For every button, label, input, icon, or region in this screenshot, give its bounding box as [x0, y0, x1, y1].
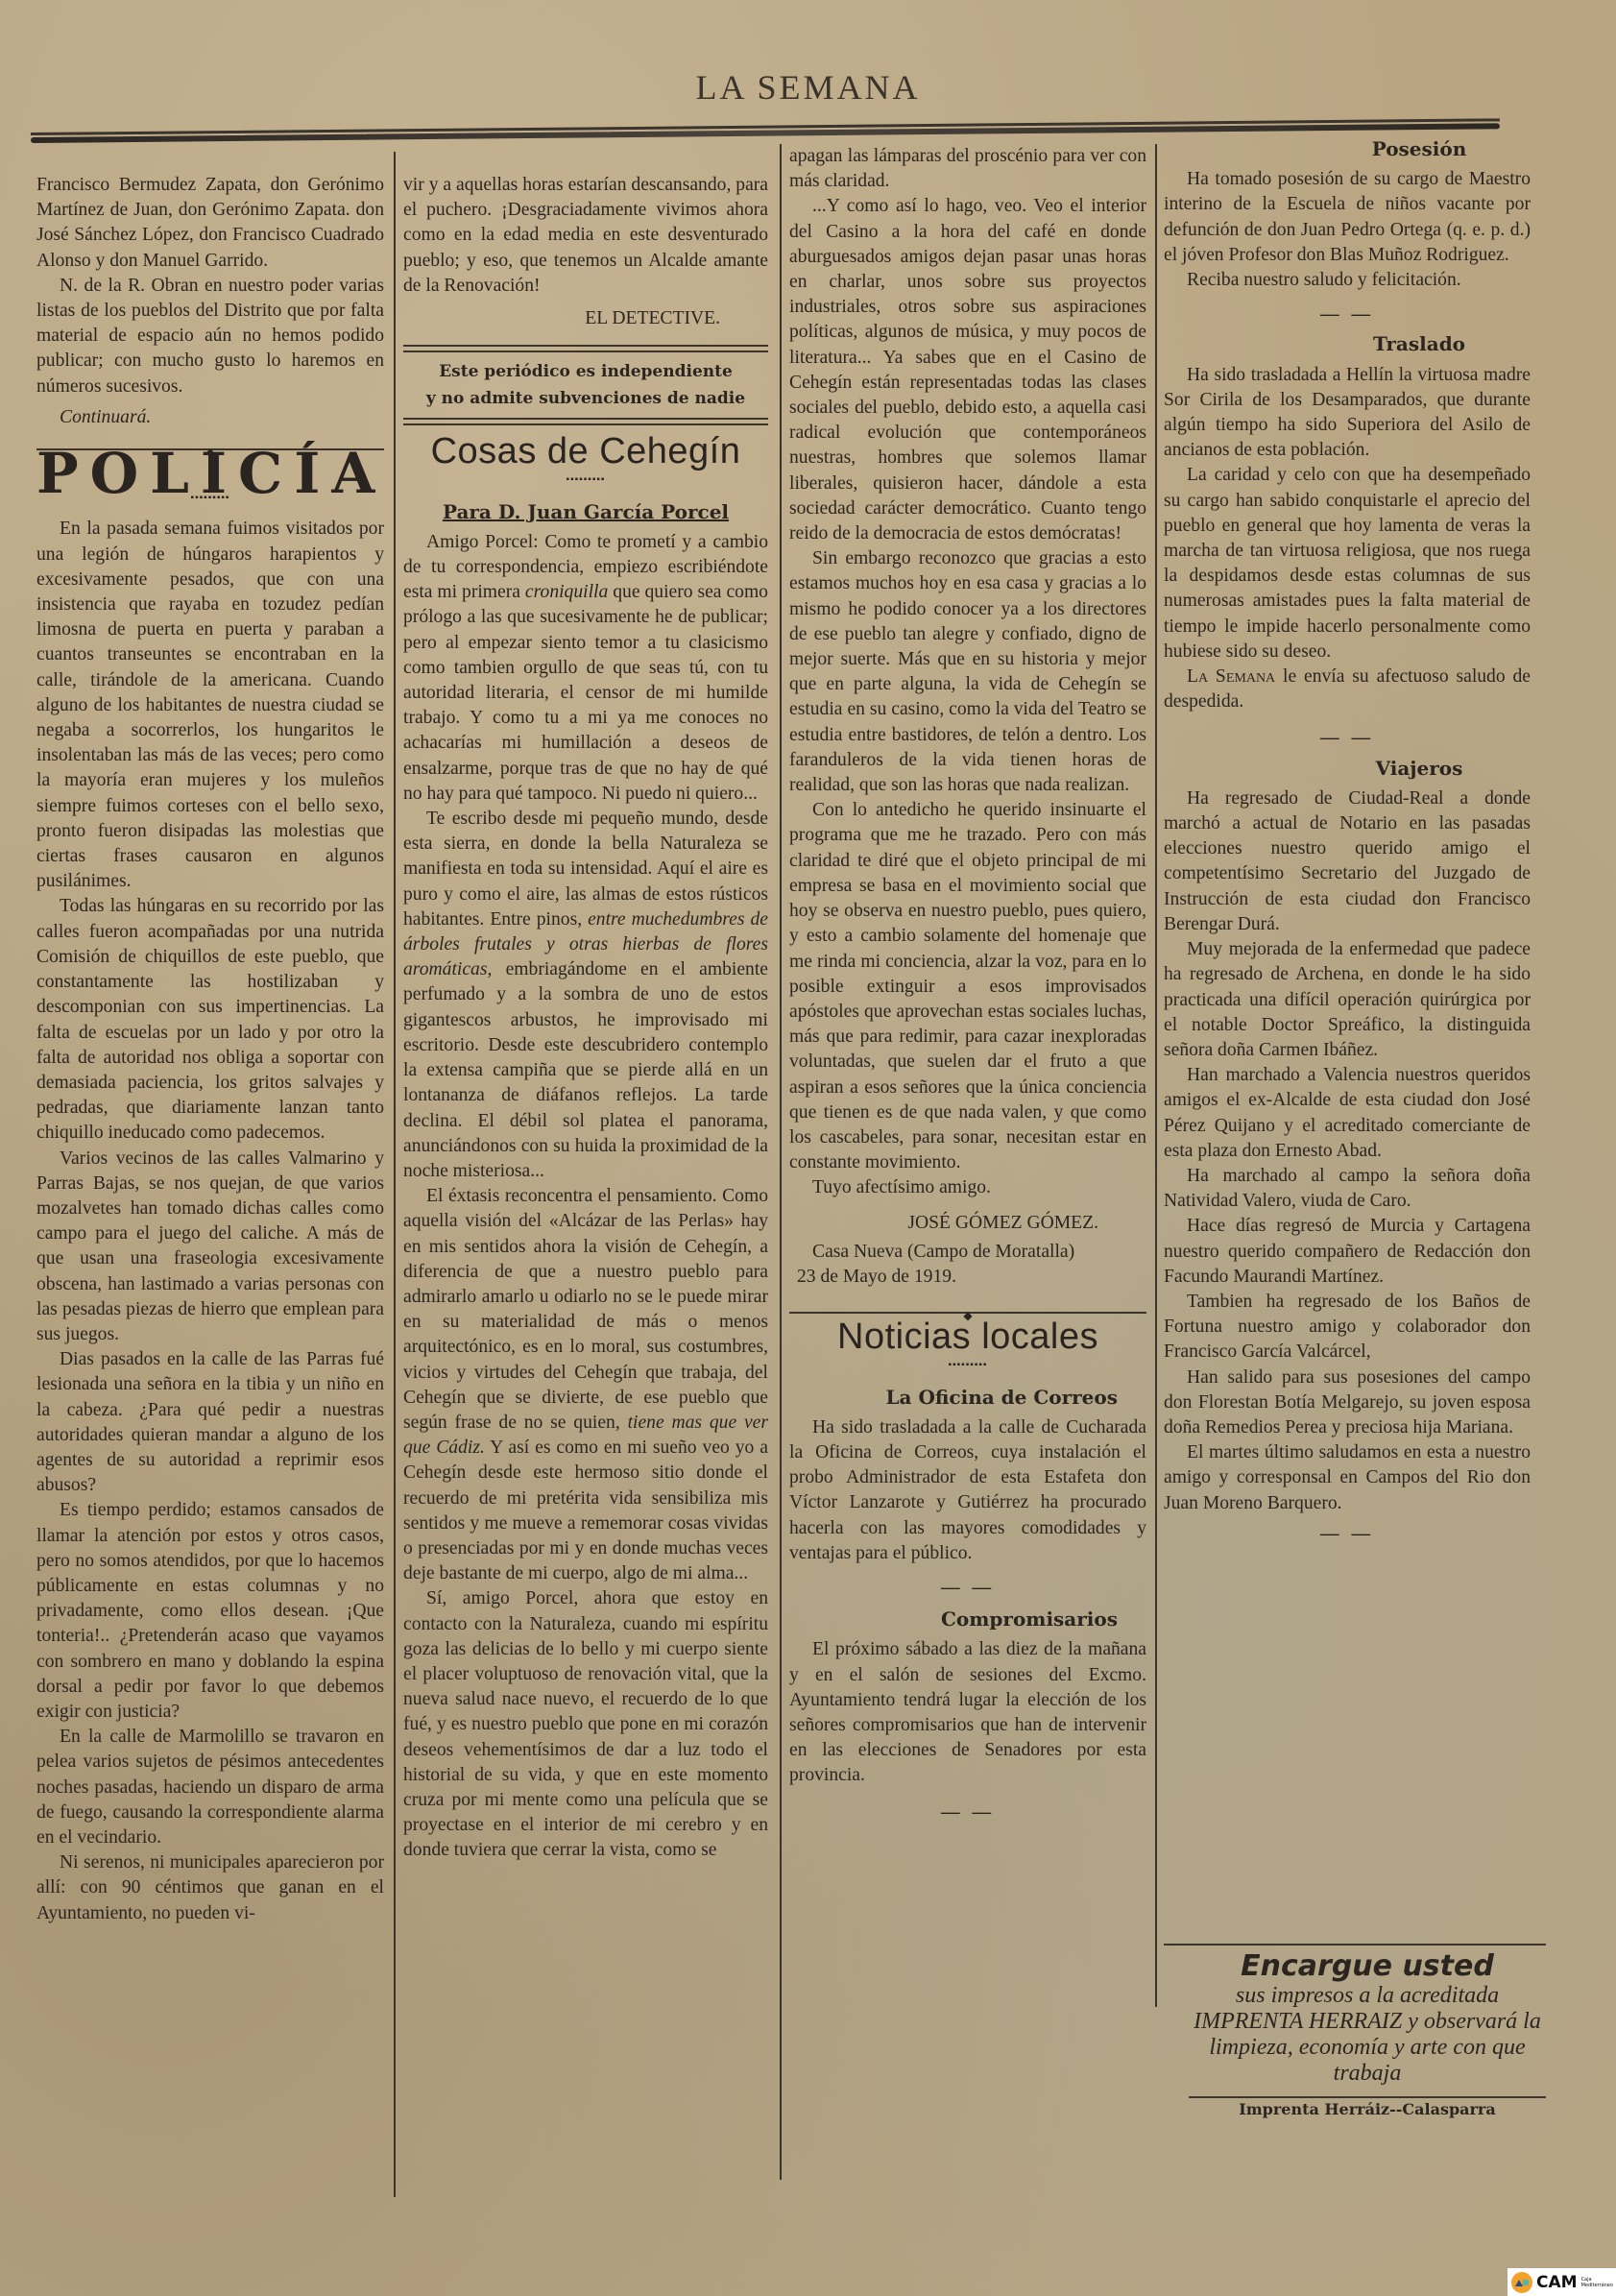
cam-subtitle: Caja Mediterráneo [1581, 2277, 1613, 2288]
masthead-title: LA SEMANA [0, 67, 1616, 108]
article-paragraph: El éxtasis reconcentra el pensamiento. C… [403, 1184, 768, 1586]
dateline-date: 23 de Mayo de 1919. [789, 1265, 1146, 1290]
closing-line: Tuyo afectísimo amigo. [789, 1175, 1146, 1200]
editor-note: N. de la R. Obran en nuestro poder varia… [36, 274, 384, 399]
separator: — — [1164, 1522, 1531, 1547]
separator: — — [789, 1801, 1146, 1825]
news-paragraph: Han salido para sus posesiones del campo… [1164, 1366, 1531, 1441]
cam-logo-icon [1511, 2272, 1532, 2293]
article-paragraph: Con lo antedicho he querido insinuarte e… [789, 798, 1146, 1175]
column-2: vir y a aquellas horas estarían descansa… [403, 173, 768, 1864]
subheading-posesion: Posesión [1164, 136, 1531, 161]
news-paragraph: Ha regresado de Ciudad-Real a donde marc… [1164, 786, 1531, 937]
dateline-place: Casa Nueva (Campo de Moratalla) [789, 1240, 1146, 1265]
title-dots: ▪▪▪▪▪▪▪▪▪ [403, 468, 768, 493]
article-paragraph: Varios vecinos de las calles Valmarino y… [36, 1147, 384, 1348]
independence-notice: Este periódico es independiente y no adm… [403, 352, 768, 418]
article-paragraph: Todas las húngaras en su recorrido por l… [36, 894, 384, 1146]
subheading-compromisarios: Compromisarios [789, 1607, 1146, 1631]
separator: — — [789, 1576, 1146, 1601]
article-paragraph: En la calle de Marmolillo se travaron en… [36, 1725, 384, 1850]
column-rule-3 [1155, 144, 1157, 2007]
news-paragraph: Reciba nuestro saludo y felicitación. [1164, 268, 1531, 293]
article-paragraph: Te escribo desde mi pequeño mundo, desde… [403, 807, 768, 1184]
news-paragraph: Tambien ha regresado de los Baños de For… [1164, 1290, 1531, 1366]
article-paragraph: ...Y como así lo hago, veo. Veo el inter… [789, 194, 1146, 546]
news-paragraph: Ha marchado al campo la señora doña Nati… [1164, 1164, 1531, 1214]
article-paragraph: Amigo Porcel: Como te prometí y a cambio… [403, 530, 768, 807]
printing-house-advertisement: Encargue usted sus impresos a la acredit… [1189, 1949, 1546, 2118]
news-paragraph: La caridad y celo con que ha desempeñado… [1164, 463, 1531, 665]
article-paragraph: Sin embargo reconozco que gracias a esto… [789, 546, 1146, 798]
newspaper-name: La Semana [1187, 666, 1275, 687]
article-paragraph: vir y a aquellas horas estarían descansa… [403, 173, 768, 299]
article-paragraph: En la pasada semana fuimos visitados por… [36, 517, 384, 894]
cam-brand: CAM [1536, 2273, 1578, 2292]
article-paragraph: Dias pasados en la calle de las Parras f… [36, 1347, 384, 1498]
news-paragraph: Hace días regresó de Murcia y Cartagena … [1164, 1214, 1531, 1290]
column-3: apagan las lámparas del proscénio para v… [789, 144, 1146, 1829]
news-paragraph: Ha tomado posesión de su cargo de Maestr… [1164, 167, 1531, 268]
news-paragraph: Ha sido trasladada a Hellín la virtuosa … [1164, 363, 1531, 464]
news-paragraph: El martes último saludamos en esta a nue… [1164, 1440, 1531, 1516]
ad-body: sus impresos a la acreditada IMPRENTA HE… [1189, 1983, 1546, 2087]
article-paragraph: Ni serenos, ni municipales aparecieron p… [36, 1850, 384, 1926]
column-1: Francisco Bermudez Zapata, don Gerónimo … [36, 173, 384, 1926]
column-rule-1 [394, 152, 396, 2197]
separator: — — [1164, 726, 1531, 751]
subheading-traslado: Traslado [1164, 331, 1531, 356]
author-signature: JOSÉ GÓMEZ GÓMEZ. [789, 1211, 1146, 1236]
double-rule [403, 345, 768, 352]
ornament-divider [36, 444, 384, 455]
news-paragraph: El próximo sábado a las diez de la mañan… [789, 1637, 1146, 1788]
article-paragraph: Sí, amigo Porcel, ahora que estoy en con… [403, 1586, 768, 1863]
news-paragraph: La Semana le envía su afectuoso saludo d… [1164, 665, 1531, 714]
news-paragraph: Ha sido trasladada a la calle de Cuchara… [789, 1415, 1146, 1566]
column-4: Posesión Ha tomado posesión de su cargo … [1164, 133, 1531, 1551]
subheading-correos: La Oficina de Correos [789, 1385, 1146, 1410]
separator: — — [1164, 302, 1531, 327]
ad-footer: Imprenta Herráiz--Calasparra [1189, 2096, 1546, 2118]
news-paragraph: Han marchado a Valencia nuestros querido… [1164, 1063, 1531, 1164]
candidates-list-end: Francisco Bermudez Zapata, don Gerónimo … [36, 173, 384, 274]
article-paragraph: Es tiempo perdido; estamos cansados de l… [36, 1498, 384, 1725]
section-title-cosas-de-cehegin: Cosas de Cehegín [403, 439, 768, 464]
author-signature: EL DETECTIVE. [403, 306, 768, 331]
cam-watermark: CAM Caja Mediterráneo [1507, 2268, 1616, 2296]
title-dots: ▪▪▪▪▪▪▪▪▪ [789, 1353, 1146, 1378]
dedication-heading: Para D. Juan García Porcel [403, 499, 768, 524]
continued-label: Continuará. [60, 407, 151, 427]
column-rule-2 [780, 144, 782, 2180]
news-paragraph: Muy mejorada de la enfermedad que padece… [1164, 937, 1531, 1063]
ad-top-rule [1164, 1944, 1546, 1946]
subheading-viajeros: Viajeros [1164, 756, 1531, 781]
double-rule [403, 418, 768, 425]
ad-title: Encargue usted [1189, 1949, 1546, 1983]
ornament-divider [789, 1307, 1146, 1318]
article-paragraph: apagan las lámparas del proscénio para v… [789, 144, 1146, 194]
